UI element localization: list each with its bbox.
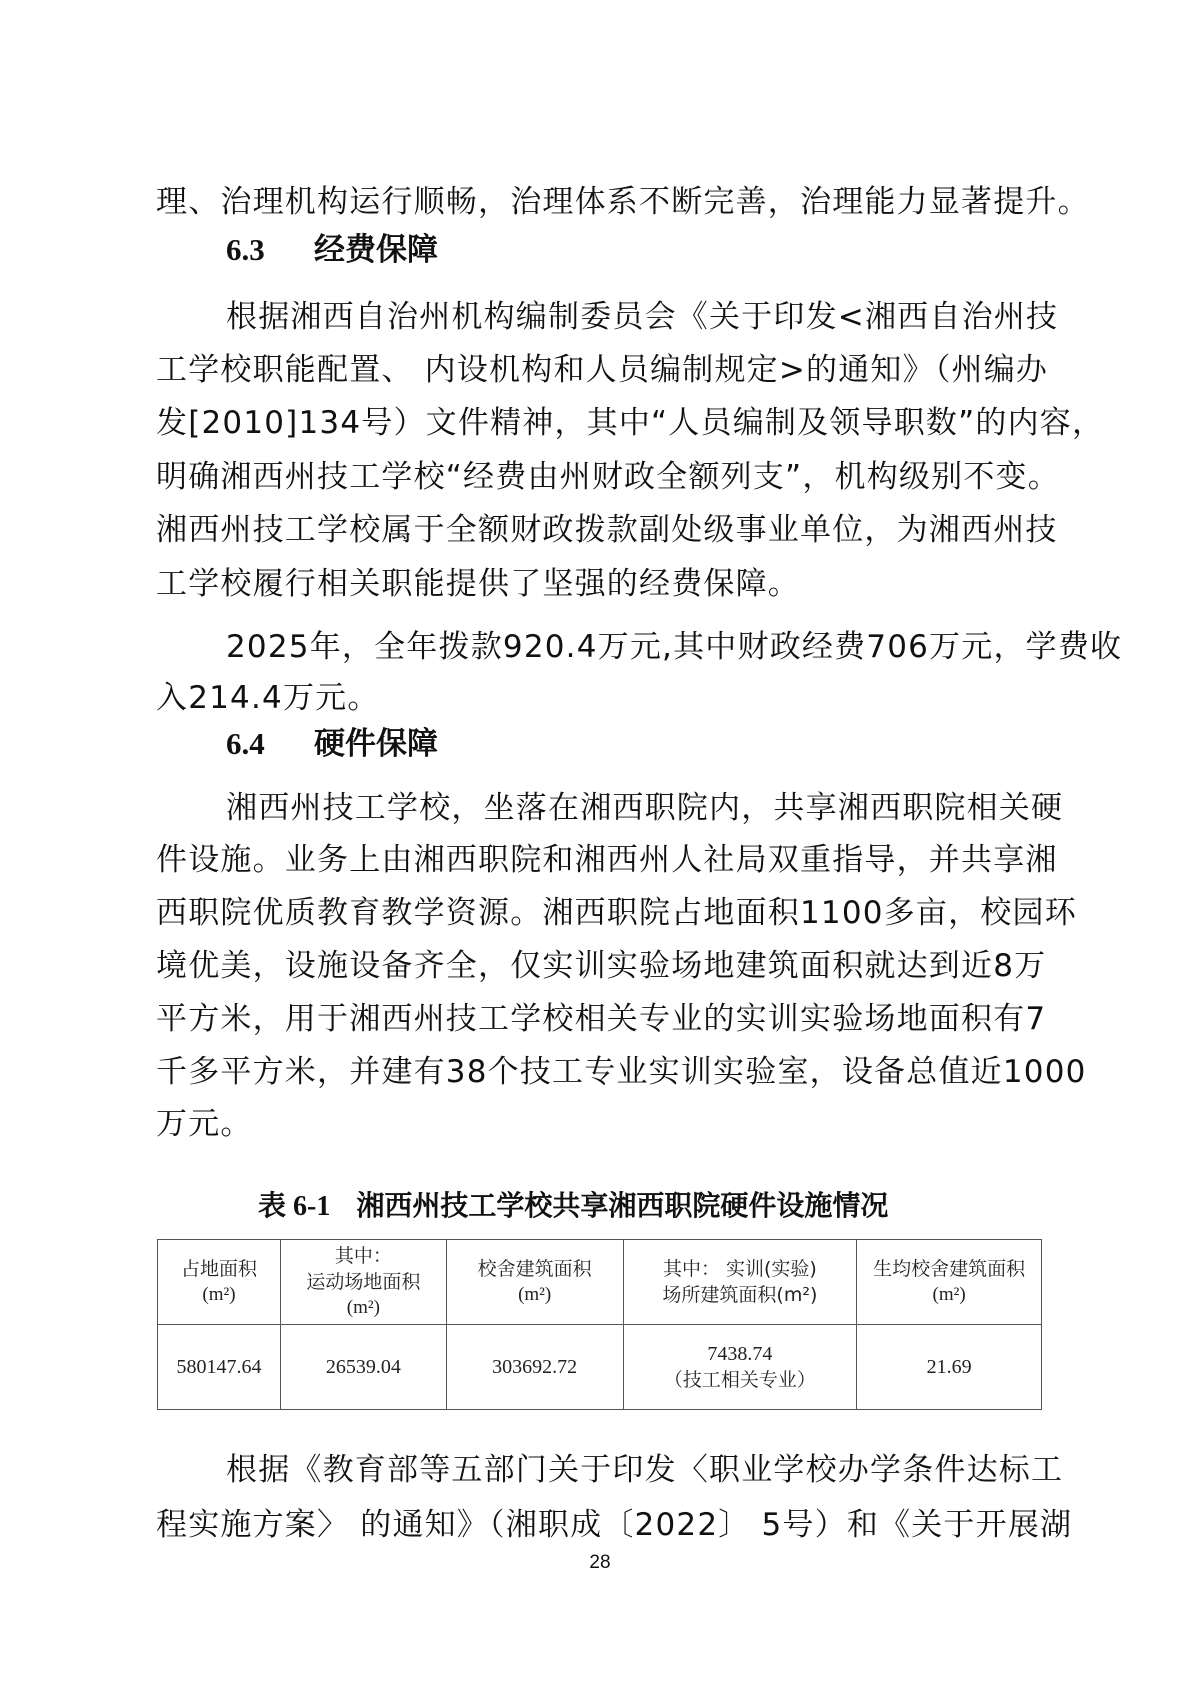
cell-value: 26539.04 xyxy=(281,1354,446,1380)
header-label: 场所建筑面积(m²) xyxy=(624,1282,857,1308)
body-line: 件设施。业务上由湘西职院和湘西州人社局双重指导，并共享湘 xyxy=(156,840,1056,880)
header-label: 占地面积 xyxy=(158,1256,280,1282)
header-unit: (m²) xyxy=(158,1282,280,1308)
section-number: 6.3 xyxy=(226,230,314,270)
header-training-area: 其中： 实训(实验) 场所建筑面积(m²) xyxy=(623,1240,857,1325)
body-line: 入214.4万元。 xyxy=(156,678,1056,718)
table-number: 表 6-1 xyxy=(258,1191,330,1222)
header-label: 校舍建筑面积 xyxy=(447,1256,623,1282)
header-label: 其中： xyxy=(281,1243,446,1269)
cell-land-area: 580147.64 xyxy=(158,1325,281,1410)
header-label: 生均校舍建筑面积 xyxy=(857,1256,1041,1282)
cell-sports-area: 26539.04 xyxy=(280,1325,446,1410)
body-line: 湘西州技工学校属于全额财政拨款副处级事业单位，为湘西州技 xyxy=(156,510,1056,550)
header-label: 其中： 实训(实验) xyxy=(624,1256,857,1282)
section-title: 硬件保障 xyxy=(314,726,438,762)
body-line: 千多平方米，并建有38个技工专业实训实验室，设备总值近1000 xyxy=(156,1052,1056,1092)
facilities-table: 占地面积 (m²) 其中： 运动场地面积 (m²) 校舍建筑面积 (m²) 其中… xyxy=(157,1239,1042,1410)
header-label: 运动场地面积 xyxy=(281,1269,446,1295)
body-line: 程实施方案〉 的通知》（湘职成〔2022〕 5号）和《关于开展湖 xyxy=(156,1505,1056,1545)
cell-value: 303692.72 xyxy=(447,1354,623,1380)
body-line: 工学校履行相关职能提供了坚强的经费保障。 xyxy=(156,564,1056,604)
body-line: 根据湘西自治州机构编制委员会《关于印发<湘西自治州技 xyxy=(226,297,1126,337)
header-building-area: 校舍建筑面积 (m²) xyxy=(446,1240,623,1325)
cell-per-student-area: 21.69 xyxy=(857,1325,1042,1410)
table-header-row: 占地面积 (m²) 其中： 运动场地面积 (m²) 校舍建筑面积 (m²) 其中… xyxy=(158,1240,1042,1325)
cell-building-area: 303692.72 xyxy=(446,1325,623,1410)
header-sports-area: 其中： 运动场地面积 (m²) xyxy=(280,1240,446,1325)
cell-value: 7438.74 xyxy=(624,1341,857,1367)
body-line: 平方米，用于湘西州技工学校相关专业的实训实验场地面积有7 xyxy=(156,999,1056,1039)
header-unit: (m²) xyxy=(281,1295,446,1321)
cell-value: 580147.64 xyxy=(158,1354,280,1380)
header-land-area: 占地面积 (m²) xyxy=(158,1240,281,1325)
header-unit: (m²) xyxy=(857,1282,1041,1308)
body-line: 发[2010]134号）文件精神，其中“人员编制及领导职数”的内容， xyxy=(156,403,1056,443)
page-number: 28 xyxy=(0,1552,1200,1574)
body-line: 万元。 xyxy=(156,1104,1056,1144)
paragraph-continuation: 理、治理机构运行顺畅，治理体系不断完善，治理能力显著提升。 xyxy=(156,182,1056,222)
body-line: 明确湘西州技工学校“经费由州财政全额列支”，机构级别不变。 xyxy=(156,457,1056,497)
header-unit: (m²) xyxy=(447,1282,623,1308)
section-heading-6-4: 6.4硬件保障 xyxy=(226,724,438,764)
table-row: 580147.64 26539.04 303692.72 7438.74 （技工… xyxy=(158,1325,1042,1410)
cell-training-area: 7438.74 （技工相关专业） xyxy=(623,1325,857,1410)
body-line: 湘西州技工学校，坐落在湘西职院内，共享湘西职院相关硬 xyxy=(226,788,1126,828)
cell-note: （技工相关专业） xyxy=(624,1367,857,1393)
section-number: 6.4 xyxy=(226,724,314,764)
cell-value: 21.69 xyxy=(857,1354,1041,1380)
table-caption: 表 6-1湘西州技工学校共享湘西职院硬件设施情况 xyxy=(258,1186,888,1227)
body-line: 根据《教育部等五部门关于印发〈职业学校办学条件达标工 xyxy=(226,1450,1126,1490)
body-line: 西职院优质教育教学资源。湘西职院占地面积1100多亩，校园环 xyxy=(156,893,1056,933)
body-line: 境优美，设施设备齐全，仅实训实验场地建筑面积就达到近8万 xyxy=(156,946,1056,986)
table-title: 湘西州技工学校共享湘西职院硬件设施情况 xyxy=(356,1189,888,1222)
section-title: 经费保障 xyxy=(314,232,438,268)
section-heading-6-3: 6.3经费保障 xyxy=(226,230,438,270)
body-line: 2025年，全年拨款920.4万元,其中财政经费706万元，学费收 xyxy=(226,627,1126,667)
header-per-student-area: 生均校舍建筑面积 (m²) xyxy=(857,1240,1042,1325)
body-line: 工学校职能配置、 内设机构和人员编制规定>的通知》（州编办 xyxy=(156,350,1056,390)
